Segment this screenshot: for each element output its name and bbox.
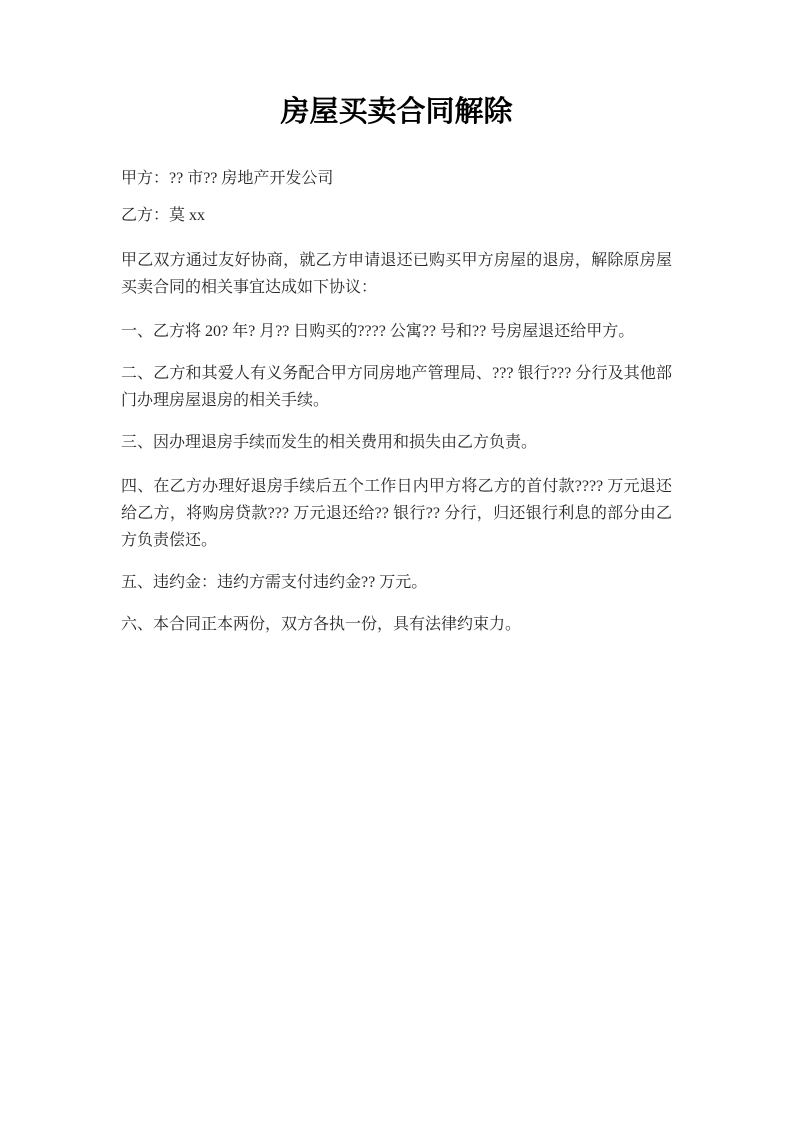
document-title: 房屋买卖合同解除 xyxy=(121,93,672,132)
party-b-line: 乙方：莫 xx xyxy=(121,202,672,229)
document-content: 房屋买卖合同解除 甲方：?? 市?? 房地产开发公司 乙方：莫 xx 甲乙双方通… xyxy=(0,0,793,638)
document-page: 房屋买卖合同解除 甲方：?? 市?? 房地产开发公司 乙方：莫 xx 甲乙双方通… xyxy=(0,0,793,1122)
clause-paragraph-3: 三、因办理退房手续而发生的相关费用和损失由乙方负责。 xyxy=(121,429,672,456)
party-a-line: 甲方：?? 市?? 房地产开发公司 xyxy=(121,165,672,192)
clause-paragraph-6: 六、本合同正本两份，双方各执一份，具有法律约束力。 xyxy=(121,611,672,638)
clause-paragraph-2: 二、乙方和其爱人有义务配合甲方同房地产管理局、??? 银行??? 分行及其他部门… xyxy=(121,360,672,414)
clause-paragraph-5: 五、违约金：违约方需支付违约金?? 万元。 xyxy=(121,569,672,596)
clause-paragraph-4: 四、在乙方办理好退房手续后五个工作日内甲方将乙方的首付款???? 万元退还给乙方… xyxy=(121,473,672,554)
clause-paragraph-1: 一、乙方将 20? 年? 月?? 日购买的???? 公寓?? 号和?? 号房屋退… xyxy=(121,318,672,345)
preamble-paragraph: 甲乙双方通过友好协商，就乙方申请退还已购买甲方房屋的退房，解除原房屋买卖合同的相… xyxy=(121,247,672,301)
